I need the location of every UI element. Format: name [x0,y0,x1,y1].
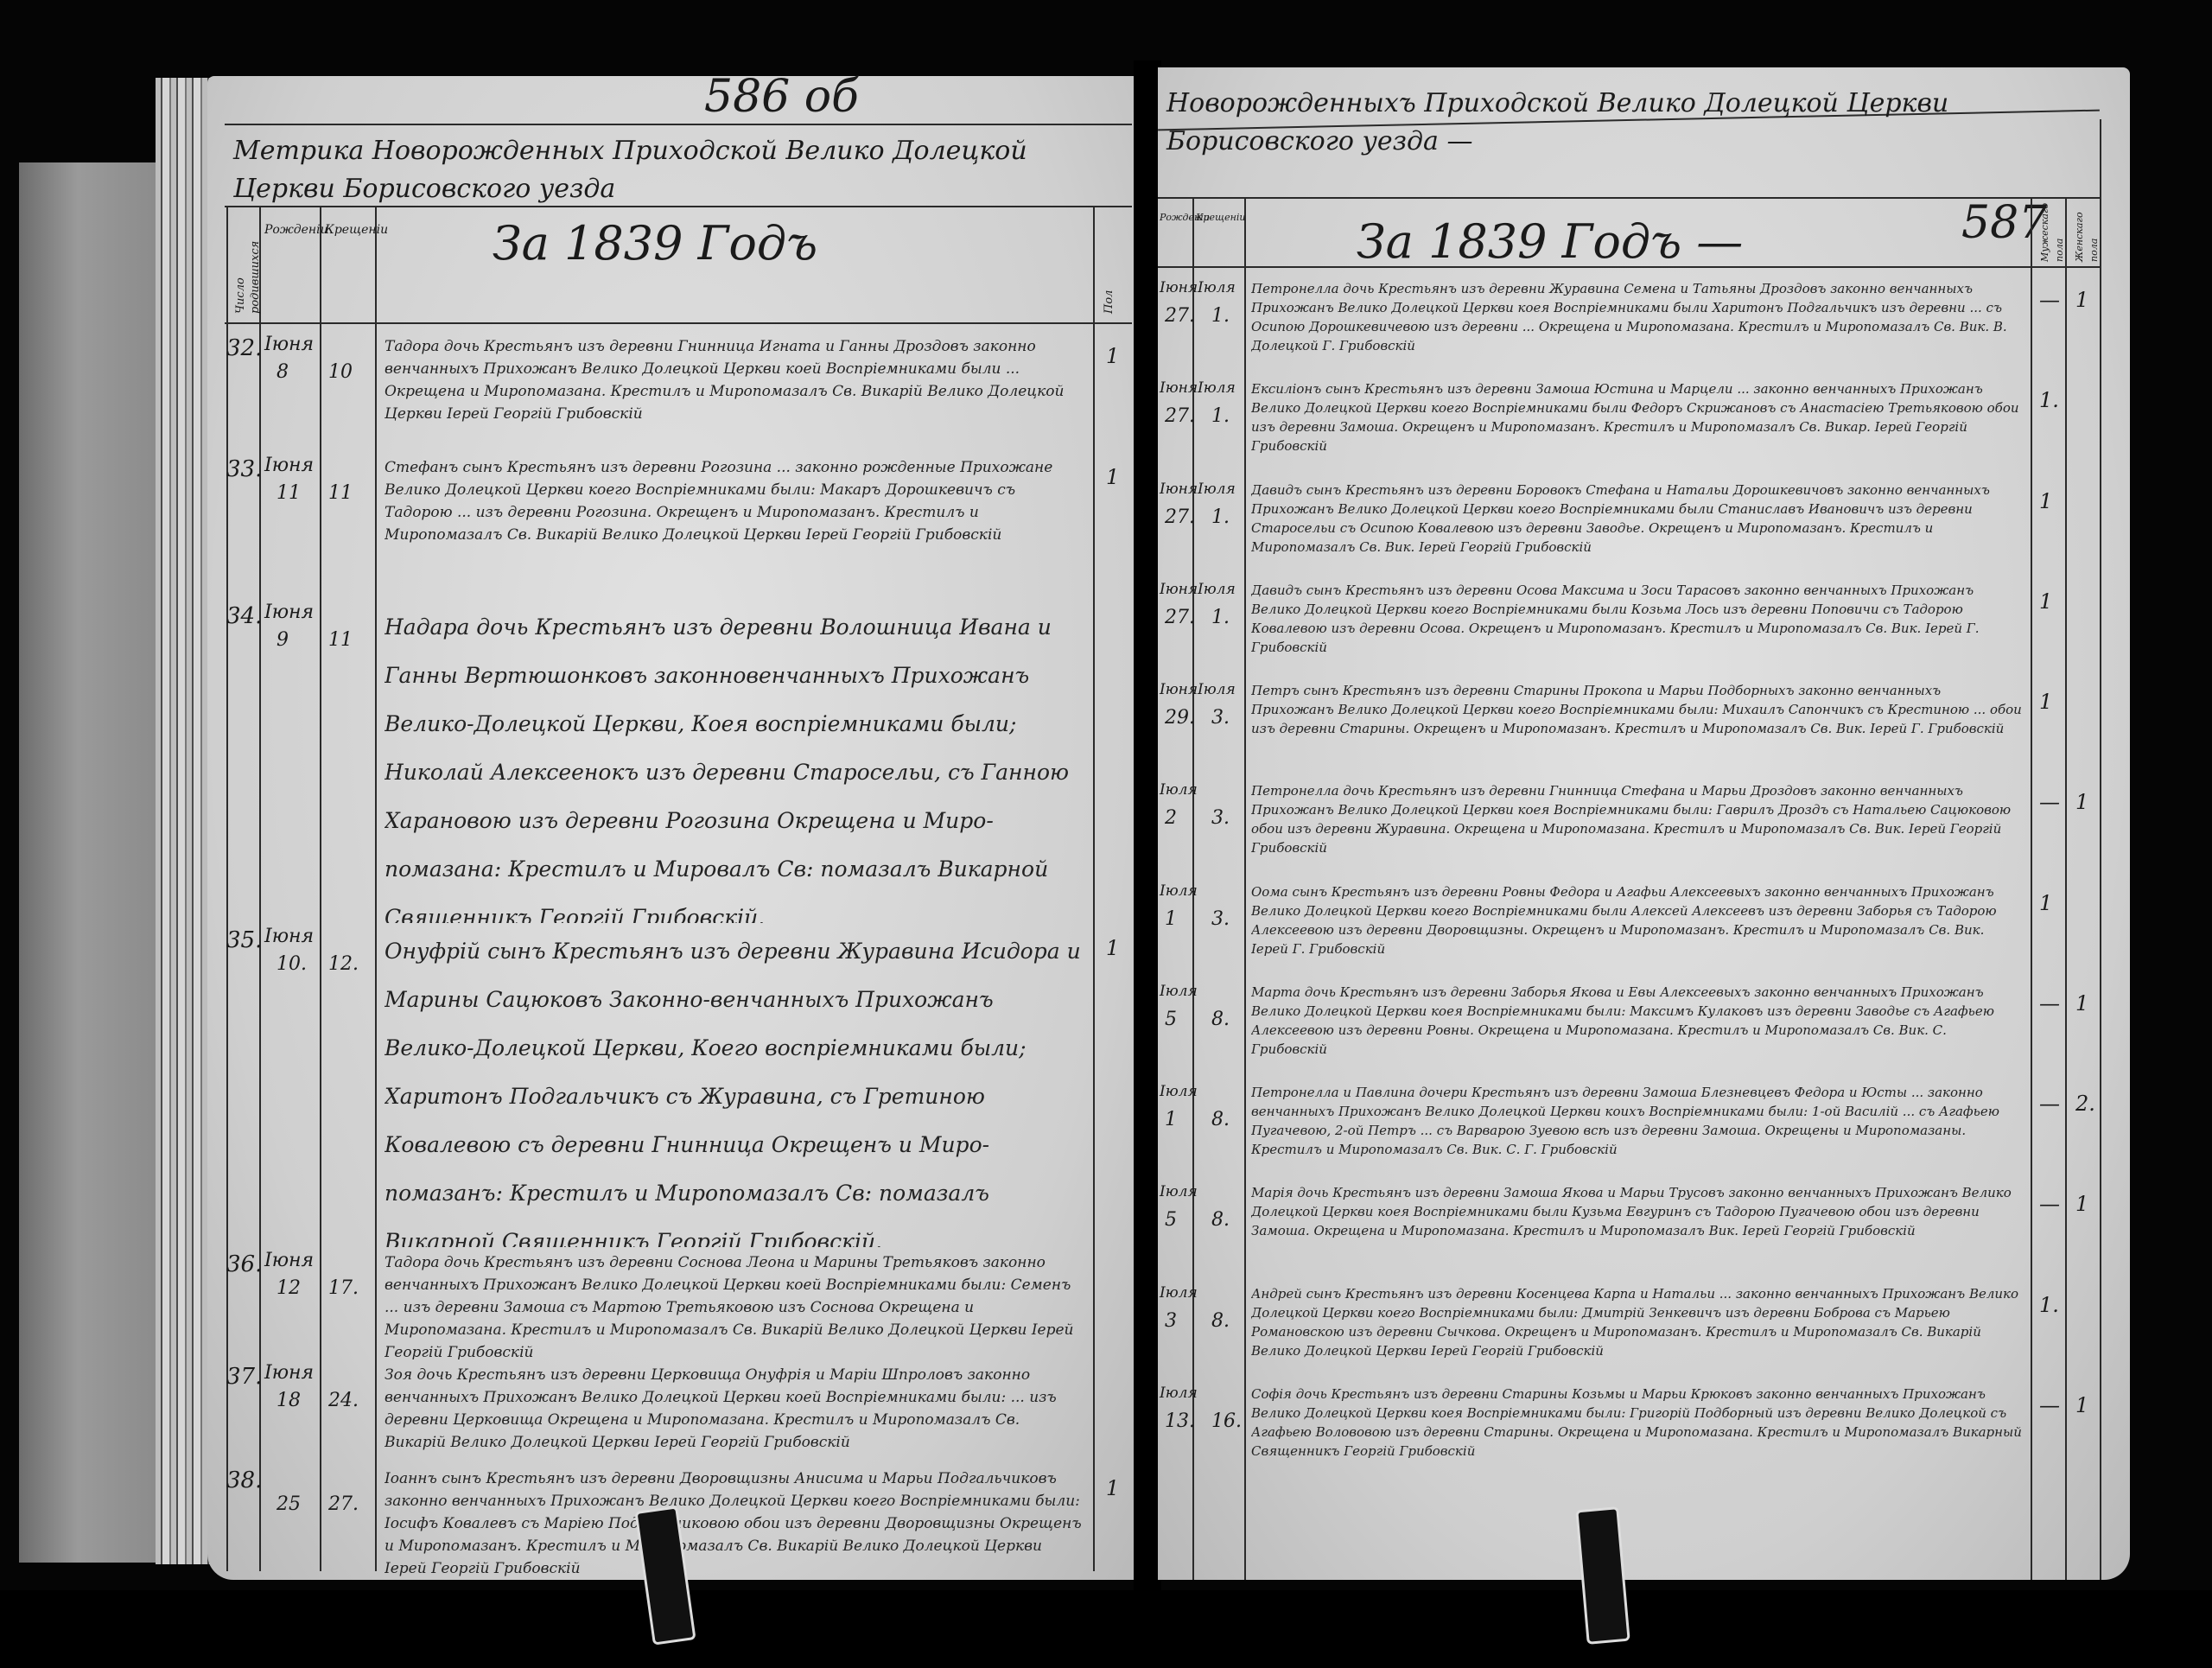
entry-male-count: — [2039,288,2060,312]
entry-born-day: 27. [1165,607,1195,628]
entry-baptized-day: 11 [328,629,353,651]
entry-sex-count: 1 [1106,1476,1119,1500]
left-page-header: Метрика Новорожденных Приходской Велико … [233,132,1115,208]
entry-month: Іюня [1160,279,1198,296]
entry-text: Петронелла дочь Крестьянъ изъ деревни Гн… [1251,781,2024,878]
entry-baptized-day: 3. [1211,707,1230,729]
entry-male-count: — [2039,790,2060,814]
entry-sex-count: 1 [1106,465,1119,489]
entry-month: Іюня [264,602,314,623]
entry-male-count: 1 [2039,690,2052,714]
entry-month: Іюля [1160,1083,1198,1100]
entry-born-day: 3 [1165,1310,1177,1332]
entry-born-day: 29. [1165,707,1195,729]
entry-born-day: 1 [1165,1109,1177,1130]
entry-month: Іюля [1160,1284,1198,1302]
entry-baptized-day: 11 [328,482,353,504]
entry-female-count: 1 [2075,1393,2088,1417]
entry-text: Давидъ сынъ Крестьянъ изъ деревни Борово… [1251,481,2024,577]
entry-month: Іюня [264,1250,314,1271]
scanner-shadow [0,1590,2212,1668]
entry-month: Іюля [1160,1183,1198,1200]
entry-month: Іюля [1160,983,1198,1000]
entry-born-day: 11 [276,482,301,504]
entry-male-count: — [2039,991,2060,1015]
entry-female-count: 1 [2075,288,2088,312]
right-page-header: Новорожденныхъ Приходской Велико Долецко… [1166,85,2100,161]
entry-sex-count: 1 [1106,936,1119,960]
entry-baptized-day: 8. [1211,1209,1230,1231]
left-page-number: 586 об [704,71,859,123]
entry-baptized-day: 8. [1211,1310,1230,1332]
entry-text: Тадора дочь Крестьянъ изъ деревни Соснов… [385,1251,1084,1359]
entry-baptized-day: 3. [1211,807,1230,829]
entry-text: Петръ сынъ Крестьянъ изъ деревни Старины… [1251,681,2024,778]
entry-month: Іюля [1160,781,1198,799]
left-page: 586 об Метрика Новорожденных Приходской … [207,76,1136,1580]
left-col-head-sex: Пол [1102,219,1116,314]
entry-female-count: 1 [2075,1192,2088,1216]
entry-text: Стефанъ сынъ Крестьянъ изъ деревни Рогоз… [385,456,1084,599]
entry-male-count: 1 [2039,891,2052,915]
entry-male-count: 1 [2039,589,2052,614]
entry-baptized-day: 24. [328,1390,359,1411]
entry-bapt-month: Іюля [1198,681,1236,698]
entry-text: Марта дочь Крестьянъ изъ деревни Заборья… [1251,983,2024,1079]
entry-month: Іюля [1160,1385,1198,1402]
entry-text: Зоя дочь Крестьянъ изъ деревни Церковища… [385,1364,1084,1467]
entry-baptized-day: 27. [328,1493,359,1515]
entry-text: Давидъ сынъ Крестьянъ изъ деревни Осова … [1251,581,2024,678]
entry-text: Тадора дочь Крестьянъ изъ деревни Гнинни… [385,335,1084,456]
entry-bapt-month: Іюля [1198,379,1236,397]
entry-baptized-day: 1. [1211,506,1230,528]
entry-baptized-day: 17. [328,1277,359,1299]
entry-male-count: 1 [2039,489,2052,513]
entry-born-day: 5 [1165,1009,1177,1030]
entry-born-day: 25 [276,1493,301,1515]
entry-born-day: 27. [1165,405,1195,427]
entry-text: Онуфрій сынъ Крестьянъ изъ деревни Журав… [385,927,1084,1247]
entry-month: Іюня [1160,681,1198,698]
right-col-head-male: Мужескаго пола [2037,201,2067,262]
entry-male-count: 1. [2039,1293,2059,1317]
entry-number: 32. [226,335,262,361]
entry-male-count: — [2039,1192,2060,1216]
entry-baptized-day: 1. [1211,305,1230,327]
entry-baptized-day: 1. [1211,405,1230,427]
entry-text: Петронелла и Павлина дочери Крестьянъ из… [1251,1083,2024,1180]
right-page-number: 587 [1961,197,2047,249]
entry-month: Іюня [264,1362,314,1384]
entry-number: 34. [226,603,262,629]
entry-number: 36. [226,1251,262,1277]
entry-baptized-day: 8. [1211,1109,1230,1130]
entry-number: 38. [226,1467,262,1493]
left-col-head-baptized: Крещеніи [325,223,373,238]
entry-male-count: — [2039,1092,2060,1116]
scanned-book-spread: 586 об Метрика Новорожденных Приходской … [0,0,2212,1668]
entry-text: Андрей сынъ Крестьянъ изъ деревни Косенц… [1251,1284,2024,1381]
entry-text: Петронелла дочь Крестьянъ изъ деревни Жу… [1251,279,2024,376]
entry-born-day: 27. [1165,305,1195,327]
entry-month: Іюня [264,926,314,947]
left-year-heading: За 1839 Годъ [493,216,817,271]
right-col-head-born: Рожденіи [1160,210,1192,225]
entry-month: Іюня [1160,581,1198,598]
entry-text: Надара дочь Крестьянъ изъ деревни Волошн… [385,603,1084,923]
entry-bapt-month: Іюля [1198,581,1236,598]
entry-bapt-month: Іюля [1198,481,1236,498]
entry-baptized-day: 8. [1211,1009,1230,1030]
right-page: Новорожденныхъ Приходской Велико Долецко… [1158,67,2130,1580]
right-year-heading: За 1839 Годъ — [1357,214,1743,269]
entry-baptized-day: 1. [1211,607,1230,628]
entry-text: Софія дочь Крестьянъ изъ деревни Старины… [1251,1385,2024,1481]
entry-month: Іюля [1160,882,1198,900]
entry-number: 37. [226,1364,262,1390]
entry-born-day: 18 [276,1390,301,1411]
entry-baptized-day: 10 [328,361,353,383]
entry-born-day: 5 [1165,1209,1177,1231]
entry-female-count: 1 [2075,790,2088,814]
book-cover-board [19,162,166,1563]
entry-male-count: 1. [2039,388,2059,412]
left-col-head-born: Рожденіи [264,223,316,238]
entry-month: Іюня [1160,379,1198,397]
entry-baptized-day: 16. [1211,1410,1242,1432]
entry-born-day: 27. [1165,506,1195,528]
entry-text: Ексиліонъ сынъ Крестьянъ изъ деревни Зам… [1251,379,2024,476]
entry-baptized-day: 3. [1211,908,1230,930]
entry-number: 33. [226,456,262,482]
entry-bapt-month: Іюля [1198,279,1236,296]
entry-born-day: 8 [276,361,289,383]
entry-female-count: 1 [2075,991,2088,1015]
right-col-head-female: Женскаго пола [2072,201,2101,262]
entry-sex-count: 1 [1106,344,1119,368]
entry-born-day: 13. [1165,1410,1195,1432]
entry-number: 35. [226,927,262,953]
entry-born-day: 12 [276,1277,301,1299]
entry-male-count: — [2039,1393,2060,1417]
entry-baptized-day: 12. [328,953,359,975]
entry-month: Іюня [264,334,314,355]
entry-born-day: 10. [276,953,307,975]
entry-born-day: 2 [1165,807,1177,829]
entry-text: Іоаннъ сынъ Крестьянъ изъ деревни Дворов… [385,1467,1084,1588]
entry-text: Оома сынъ Крестьянъ изъ деревни Ровны Фе… [1251,882,2024,979]
left-col-head-number: Число родившихся [233,219,263,314]
entry-female-count: 2. [2075,1092,2095,1116]
right-col-head-baptized: Крещеніи [1196,210,1243,225]
entry-born-day: 9 [276,629,289,651]
entry-text: Марія дочь Крестьянъ изъ деревни Замоша … [1251,1183,2024,1280]
entry-born-day: 1 [1165,908,1177,930]
entry-month: Іюня [1160,481,1198,498]
entry-month: Іюня [264,455,314,476]
